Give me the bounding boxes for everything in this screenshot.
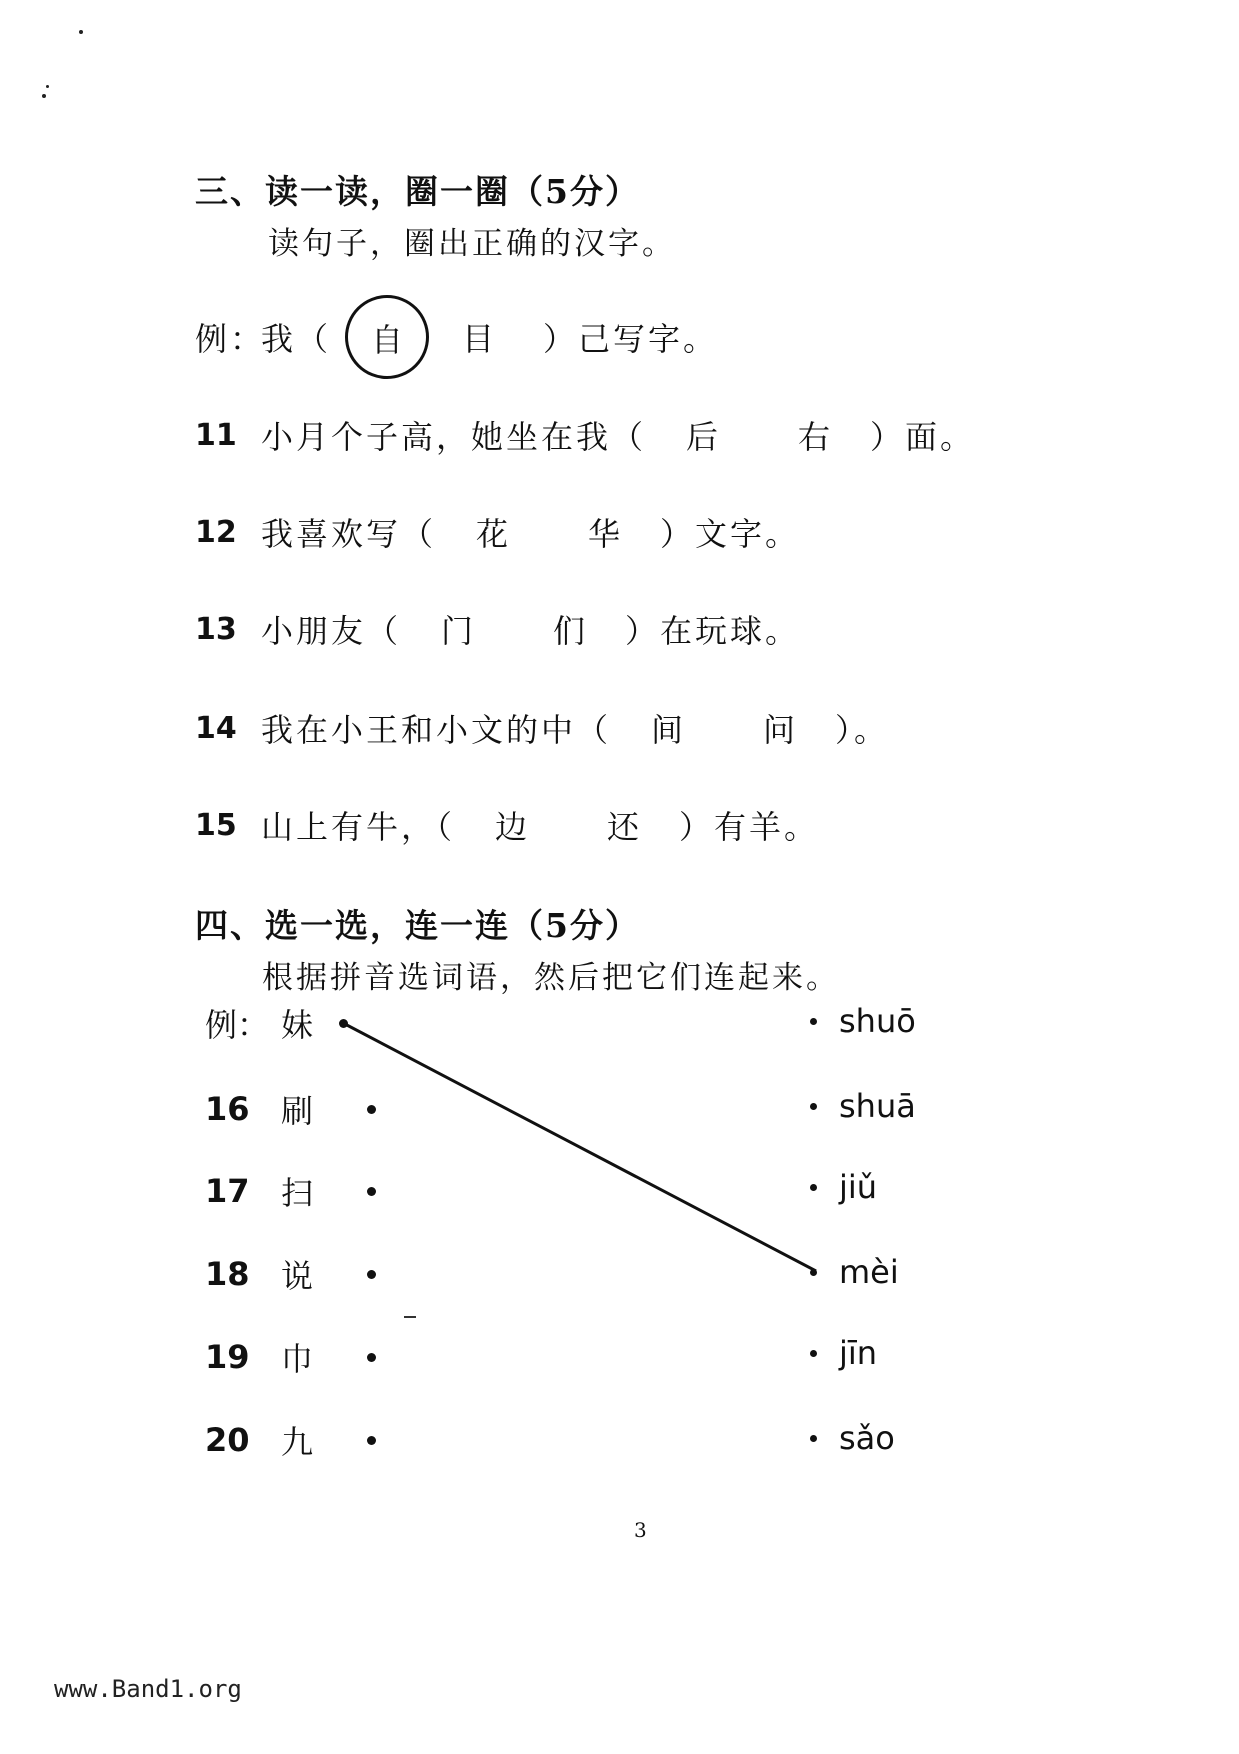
question-after: ）在玩球。: [625, 606, 800, 652]
question-after: ）有羊。: [679, 802, 819, 848]
match-item-16: 16 刷: [205, 1086, 376, 1132]
example-left-dot[interactable]: [339, 1019, 348, 1028]
choice-option[interactable]: 门: [401, 606, 513, 652]
pinyin-label: shuā: [839, 1087, 916, 1125]
question-before: 山上有牛，（: [261, 802, 455, 848]
question-number: 14: [195, 711, 261, 746]
choice-option[interactable]: 还: [567, 802, 679, 848]
pinyin-option: jīn: [810, 1334, 877, 1372]
pinyin-label: jiǔ: [839, 1168, 877, 1206]
item-char: 巾: [281, 1334, 331, 1380]
choice-option[interactable]: 们: [513, 606, 625, 652]
match-item-20: 20 九: [205, 1417, 376, 1463]
scan-speck: [46, 85, 49, 88]
example-choice-circled[interactable]: 自: [345, 295, 429, 379]
example-connecting-line: [0, 0, 1239, 1754]
question-13: 13 小朋友（ 门 们 ）在玩球。: [195, 606, 800, 652]
match-example-left: 例： 妹: [205, 1000, 348, 1046]
pinyin-label: shuō: [839, 1002, 916, 1040]
left-dot[interactable]: [367, 1105, 376, 1114]
item-char: 九: [281, 1417, 331, 1463]
question-before: 小朋友（: [261, 606, 401, 652]
section-4-title: 四、选一选，连一连（5分）: [195, 900, 640, 947]
match-item-17: 17 扫: [205, 1168, 376, 1214]
right-dot[interactable]: [810, 1350, 817, 1357]
question-number: 15: [195, 808, 261, 843]
item-char: 扫: [281, 1168, 331, 1214]
right-dot[interactable]: [810, 1103, 817, 1110]
example-char: 妹: [281, 1000, 331, 1046]
pinyin-label: mèi: [839, 1253, 899, 1291]
question-after: ）。: [835, 705, 889, 751]
item-number: 16: [205, 1090, 281, 1128]
pinyin-label: sǎo: [839, 1419, 895, 1457]
pinyin-option: shuā: [810, 1087, 916, 1125]
question-before: 我在小王和小文的中（: [261, 705, 611, 751]
right-dot[interactable]: [810, 1184, 817, 1191]
question-before: 我喜欢写（: [261, 509, 436, 555]
example-label: 例：: [205, 1000, 281, 1046]
page-number: 3: [634, 1518, 647, 1542]
right-dot[interactable]: [810, 1018, 817, 1025]
example-label: 例：: [195, 314, 261, 360]
choice-option[interactable]: 问: [723, 705, 835, 751]
left-dot[interactable]: [367, 1187, 376, 1196]
item-number: 17: [205, 1172, 281, 1210]
choice-option[interactable]: 右: [758, 412, 870, 458]
question-number: 12: [195, 515, 261, 550]
pinyin-option: jiǔ: [810, 1168, 877, 1206]
pinyin-option: mèi: [810, 1253, 899, 1291]
right-dot[interactable]: [810, 1269, 817, 1276]
left-dot[interactable]: [367, 1353, 376, 1362]
item-number: 18: [205, 1255, 281, 1293]
question-11: 11 小月个子高，她坐在我（ 后 右 ）面。: [195, 412, 975, 458]
right-dot[interactable]: [810, 1435, 817, 1442]
item-number: 20: [205, 1421, 281, 1459]
choice-option[interactable]: 华: [548, 509, 660, 555]
question-after: ）面。: [870, 412, 975, 458]
match-item-18: 18 说: [205, 1251, 376, 1297]
item-char: 说: [281, 1251, 331, 1297]
question-before: 小月个子高，她坐在我（: [261, 412, 646, 458]
question-15: 15 山上有牛，（ 边 还 ）有羊。: [195, 802, 819, 848]
item-number: 19: [205, 1338, 281, 1376]
example-choice[interactable]: 目: [443, 314, 513, 360]
watermark: www.Band1.org: [54, 1675, 242, 1703]
scan-speck: [42, 94, 46, 98]
pinyin-option: shuō: [810, 1002, 916, 1040]
left-dot[interactable]: [367, 1436, 376, 1445]
question-number: 13: [195, 612, 261, 647]
choice-option[interactable]: 花: [436, 509, 548, 555]
question-after: ）文字。: [660, 509, 800, 555]
match-item-19: 19 巾: [205, 1334, 376, 1380]
pinyin-label: jīn: [839, 1334, 877, 1372]
example-question: 例： 我（ 自 目 ）己写字。: [195, 292, 718, 382]
question-14: 14 我在小王和小文的中（ 间 问 ）。: [195, 705, 889, 751]
choice-option[interactable]: 间: [611, 705, 723, 751]
choice-option[interactable]: 后: [646, 412, 758, 458]
example-after: ）己写字。: [543, 314, 718, 360]
question-number: 11: [195, 418, 261, 453]
pinyin-option: sǎo: [810, 1419, 895, 1457]
example-before: 我（: [261, 314, 331, 360]
section-3-title: 三、读一读，圈一圈（5分）: [195, 166, 640, 213]
left-dot[interactable]: [367, 1270, 376, 1279]
question-12: 12 我喜欢写（ 花 华 ）文字。: [195, 509, 800, 555]
section-4-instruction: 根据拼音选词语，然后把它们连起来。: [262, 952, 840, 997]
stray-mark: [404, 1316, 416, 1318]
scan-speck: [79, 30, 83, 34]
item-char: 刷: [281, 1086, 331, 1132]
section-3-instruction: 读句子，圈出正确的汉字。: [268, 218, 676, 263]
choice-option[interactable]: 边: [455, 802, 567, 848]
